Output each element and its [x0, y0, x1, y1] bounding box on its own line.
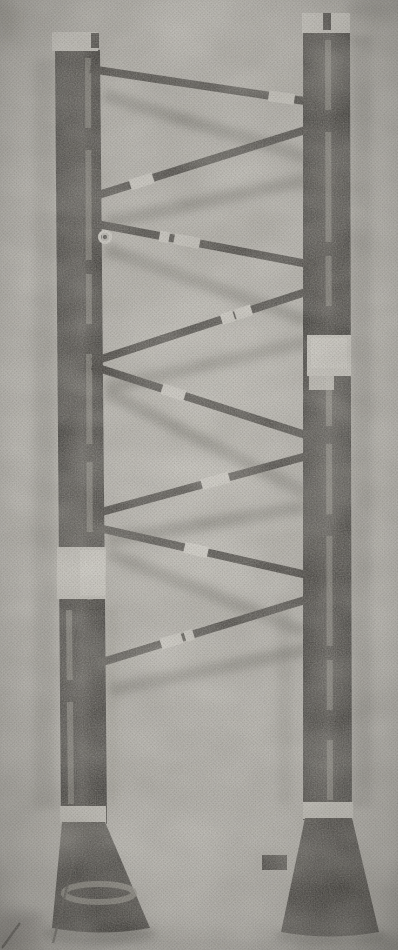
- vignette-layer: [0, 0, 398, 950]
- halftone-photo-svg: [0, 0, 398, 950]
- photo-stage: [0, 0, 398, 950]
- truss-photo-figure: [0, 0, 398, 950]
- edge-vignette: [0, 0, 398, 950]
